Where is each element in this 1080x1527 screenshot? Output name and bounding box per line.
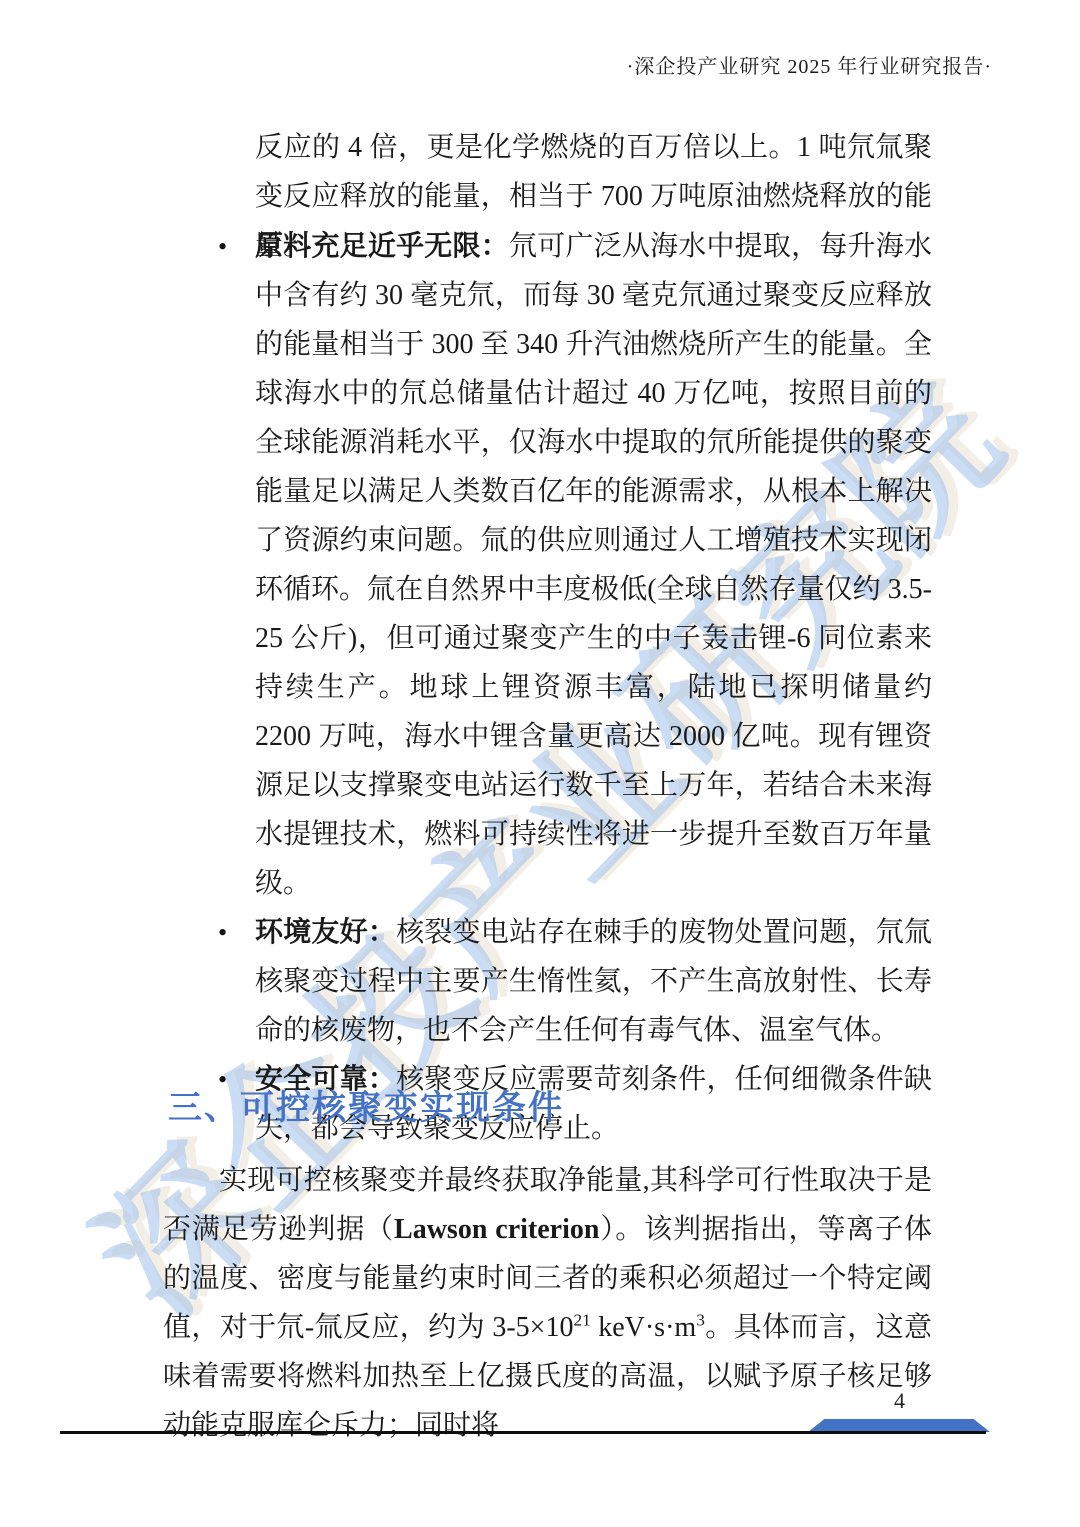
footer-rule	[60, 1431, 986, 1434]
closing-paragraph: 实现可控核聚变并最终获取净能量,其科学可行性取决于是否满足劳逊判据（Lawson…	[163, 1156, 932, 1450]
list-item: • 环境友好：核裂变电站存在棘手的废物处置问题，氘氚核聚变过程中主要产生惰性氦，…	[218, 908, 932, 1055]
section-heading: 三、可控核聚变实现条件	[168, 1080, 564, 1129]
bullet-text: 原料充足近乎无限：氘可广泛从海水中提取，每升海水中含有约 30 毫克氘，而每 3…	[255, 222, 932, 908]
bullet-label: 环境友好：	[255, 917, 396, 948]
text-run: keV·s·m	[591, 1312, 696, 1343]
bold-term: Lawson criterion	[394, 1214, 599, 1245]
intro-continuation-paragraph: 反应的 4 倍，更是化学燃烧的百万倍以上。1 吨氘氚聚变反应释放的能量，相当于 …	[255, 123, 932, 270]
bullet-icon: •	[218, 222, 255, 271]
superscript: 21	[573, 1311, 590, 1330]
list-item: • 原料充足近乎无限：氘可广泛从海水中提取，每升海水中含有约 30 毫克氘，而每…	[218, 222, 932, 908]
document-page: 深企投产业研究院 ·深企投产业研究 2025 年行业研究报告· 反应的 4 倍，…	[0, 0, 1080, 1527]
page-number: 4	[894, 1388, 905, 1414]
bullet-icon: •	[218, 908, 255, 957]
bullet-list: • 原料充足近乎无限：氘可广泛从海水中提取，每升海水中含有约 30 毫克氘，而每…	[218, 222, 932, 1153]
bullet-content: 氘可广泛从海水中提取，每升海水中含有约 30 毫克氘，而每 30 毫克氘通过聚变…	[255, 231, 932, 899]
report-header: ·深企投产业研究 2025 年行业研究报告·	[627, 50, 992, 79]
superscript: 3	[696, 1311, 705, 1330]
bullet-text: 环境友好：核裂变电站存在棘手的废物处置问题，氘氚核聚变过程中主要产生惰性氦，不产…	[255, 908, 932, 1055]
